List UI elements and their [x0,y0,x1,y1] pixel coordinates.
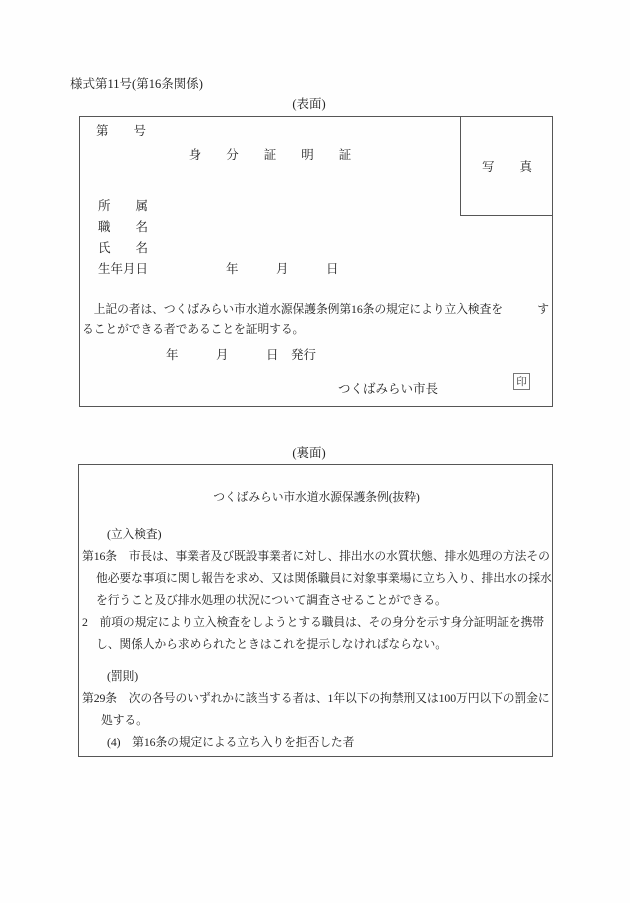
penalty-heading: (罰則) [107,669,138,684]
photo-label: 写 真 [482,157,532,175]
certification-statement-line1-main: 上記の者は、つくばみらい市水道水源保護条例第16条の規定により立入検査を [82,300,503,317]
name-field-label: 氏 名 [98,241,148,257]
birthdate-field-label: 生年月日 [98,262,148,278]
issue-date-line: 年 月 日 発行 [166,348,316,364]
article16-line2: 他必要な事項に関し報告を求め、又は関係職員に対象事業場に立ち入り、排出水の採水 [96,571,552,586]
form-number: 様式第11号(第16条関係) [70,77,203,93]
back-side-label: (裏面) [0,446,618,462]
article29-line2: 処する。 [101,713,148,728]
article16-para2-line2: し、関係人から求められたときはこれを提示しなければならない。 [96,637,447,652]
seal-mark: 印 [516,374,527,389]
ordinance-title: つくばみらい市水道水源保護条例(抜粋) [79,490,554,505]
document-page: 様式第11号(第16条関係) (表面) 第 号 身 分 証 明 証 写 真 所 … [0,0,630,903]
inspection-heading: (立入検査) [107,527,161,542]
id-card-front: 第 号 身 分 証 明 証 写 真 所 属 職 名 氏 名 生年月日 年 月 日… [79,116,553,407]
article29-item4: (4) 第16条の規定による立ち入りを拒否した者 [107,735,354,750]
article29-line1: 第29条 次の各号のいずれかに該当する者は、1年以下の拘禁刑又は100万円以下の… [82,691,550,706]
certification-statement-line1-end: す [537,300,549,317]
front-side-label: (表面) [0,97,618,113]
article16-para2-line1: 2 前項の規定により立入検査をしようとする職員は、その身分を示す身分証明証を携帯 [82,615,544,630]
ordinance-card-back: つくばみらい市水道水源保護条例(抜粋) (立入検査) 第16条 市長は、事業者及… [78,464,553,757]
birthdate-field-value: 年 月 日 [226,262,339,278]
article16-line1: 第16条 市長は、事業者及び既設事業者に対し、排出水の水質状態、排水処理の方法そ… [82,549,550,564]
certification-statement-line2: ることができる者であることを証明する。 [82,322,304,337]
seal-box: 印 [513,373,530,390]
certification-statement-line1: 上記の者は、つくばみらい市水道水源保護条例第16条の規定により立入検査を す [82,300,549,317]
issuer-name: つくばみらい市長 [338,382,438,398]
affiliation-field-label: 所 属 [98,199,148,215]
photo-box: 写 真 [460,117,553,216]
job-title-field-label: 職 名 [98,220,148,236]
certificate-number: 第 号 [96,124,146,140]
article16-line3: を行うこと及び排水処理の状況について調査させることができる。 [96,593,447,608]
certificate-title: 身 分 証 明 証 [80,148,460,164]
